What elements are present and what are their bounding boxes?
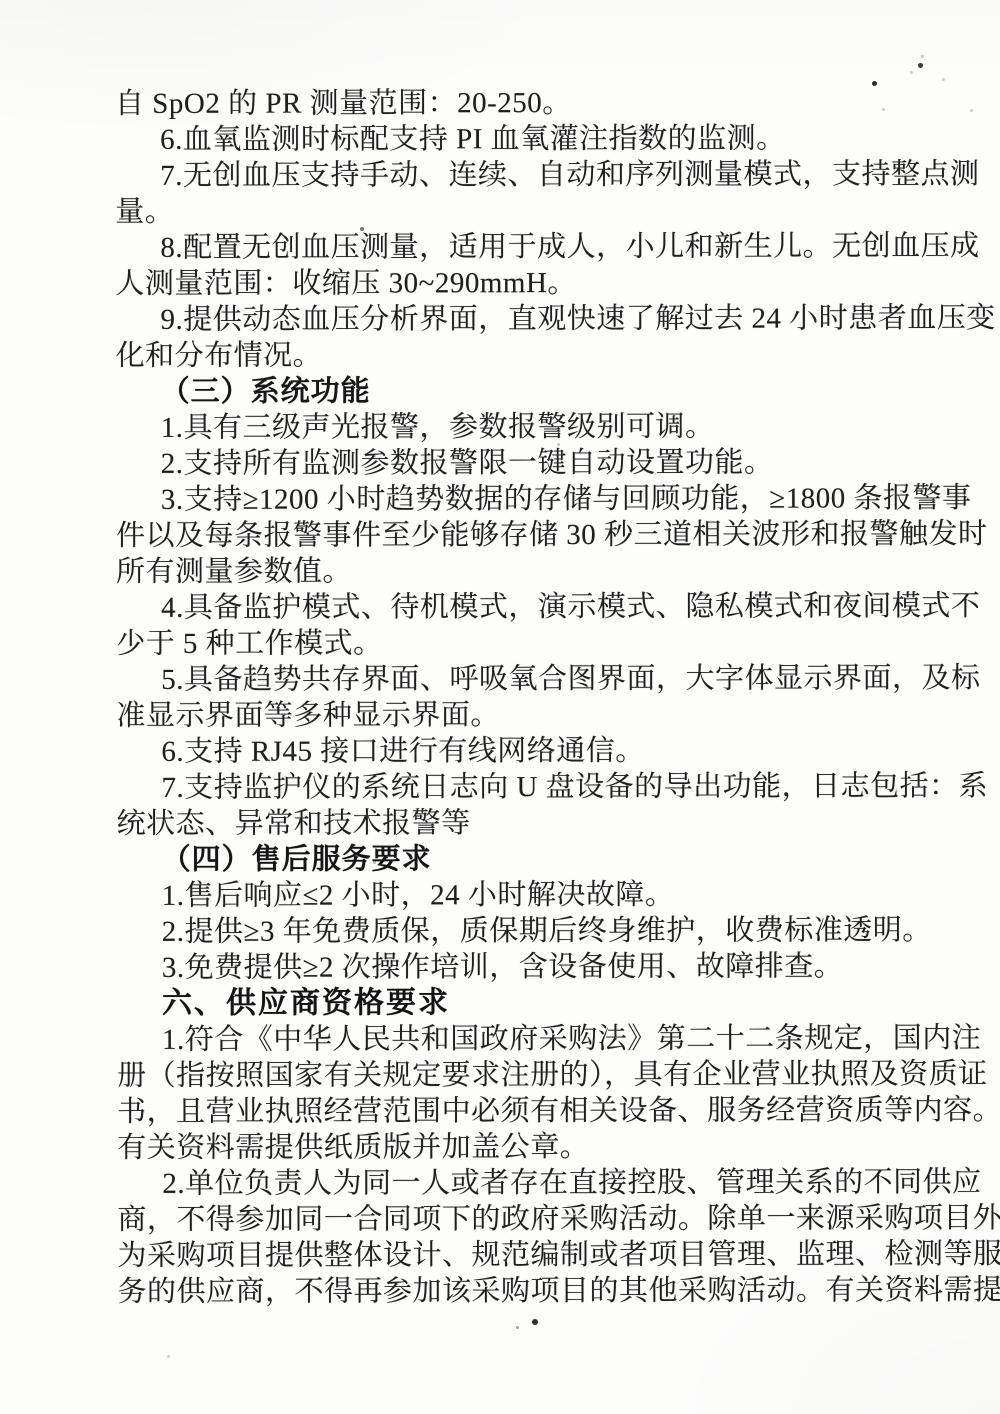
text-line: 书，且营业执照经营范围中必须有相关设备、服务经营资质等内容。	[117, 1092, 939, 1130]
scan-speck	[942, 78, 945, 81]
scan-speck	[532, 1319, 538, 1325]
text-line: 册（指按照国家有关规定要求注册的），具有企业营业执照及资质证	[117, 1056, 939, 1094]
text-line: 7.无创血压支持手动、连续、自动和序列测量模式，支持整点测	[115, 156, 937, 194]
text-line: 统状态、异常和技术报警等	[117, 804, 939, 842]
text-line: 自 SpO2 的 PR 测量范围：20-250。	[115, 84, 937, 122]
text-line: 4.具备监护模式、待机模式，演示模式、隐私模式和夜间模式不	[116, 588, 938, 626]
text-line: 2.支持所有监测参数报警限一键自动设置功能。	[116, 444, 938, 482]
text-line: 3.支持≥1200 小时趋势数据的存储与回顾功能，≥1800 条报警事	[116, 480, 938, 518]
text-line: 9.提供动态血压分析界面，直观快速了解过去 24 小时患者血压变	[115, 300, 937, 338]
text-line: 务的供应商，不得再参加该采购项目的其他采购活动。有关资料需提	[117, 1272, 939, 1310]
text-line: 5.具备趋势共存界面、呼吸氧合图界面，大字体显示界面，及标	[116, 660, 938, 698]
text-line: 1.具有三级声光报警，参数报警级别可调。	[116, 408, 938, 446]
text-line: 少于 5 种工作模式。	[116, 624, 938, 662]
text-line: 1.售后响应≤2 小时，24 小时解决故障。	[117, 876, 939, 914]
text-line: 7.支持监护仪的系统日志向 U 盘设备的导出功能，日志包括：系	[116, 768, 938, 806]
document-page: 自 SpO2 的 PR 测量范围：20-250。6.血氧监测时标配支持 PI 血…	[0, 0, 1000, 1414]
text-line: 准显示界面等多种显示界面。	[116, 696, 938, 734]
text-line: 商，不得参加同一合同项下的政府采购活动。除单一来源采购项目外，	[117, 1200, 939, 1238]
scan-speck	[167, 1355, 170, 1358]
text-line: 1.符合《中华人民共和国政府采购法》第二十二条规定，国内注	[117, 1020, 939, 1058]
document-body: 自 SpO2 的 PR 测量范围：20-250。6.血氧监测时标配支持 PI 血…	[115, 84, 940, 1310]
text-line: 人测量范围：收缩压 30~290mmH。	[115, 264, 937, 302]
scan-speck	[910, 71, 913, 74]
section-heading: （四）售后服务要求	[117, 840, 939, 878]
scan-speck	[516, 1326, 519, 1329]
text-line: 6.血氧监测时标配支持 PI 血氧灌注指数的监测。	[115, 120, 937, 158]
scan-speck	[921, 55, 924, 58]
text-line: 2.提供≥3 年免费质保，质保期后终身维护，收费标准透明。	[117, 912, 939, 950]
section-heading: 六、供应商资格要求	[117, 984, 939, 1022]
text-line: 8.配置无创血压测量，适用于成人，小儿和新生儿。无创血压成	[115, 228, 937, 266]
text-line: 化和分布情况。	[116, 336, 938, 374]
text-line: 件以及每条报警事件至少能够存储 30 秒三道相关波形和报警触发时	[116, 516, 938, 554]
scan-speck	[970, 109, 973, 112]
text-line: 有关资料需提供纸质版并加盖公章。	[117, 1128, 939, 1166]
scan-speck	[918, 63, 923, 68]
text-line: 6.支持 RJ45 接口进行有线网络通信。	[116, 732, 938, 770]
section-heading: （三）系统功能	[116, 372, 938, 410]
text-line: 2.单位负责人为同一人或者存在直接控股、管理关系的不同供应	[117, 1164, 939, 1202]
text-line: 所有测量参数值。	[116, 552, 938, 590]
text-line: 3.免费提供≥2 次操作培训，含设备使用、故障排查。	[117, 948, 939, 986]
text-line: 量。	[115, 192, 937, 230]
text-line: 为采购项目提供整体设计、规范编制或者项目管理、监理、检测等服	[117, 1236, 939, 1274]
